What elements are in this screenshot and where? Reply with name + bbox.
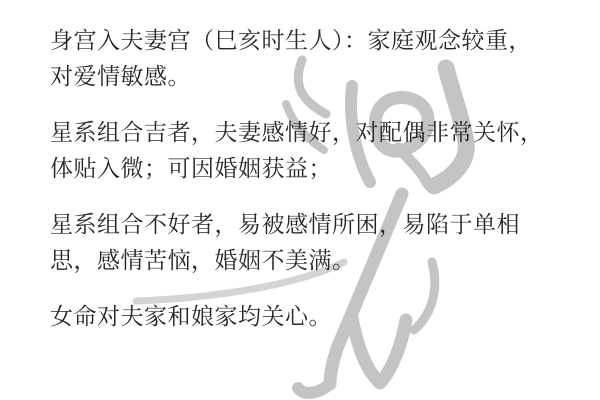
paragraph-1: 身宫入夫妻宫（巳亥时生人）：家庭观念较重， 对爱情敏感。 xyxy=(50,22,570,94)
text-line: 星系组合不好者，易被感情所困，易陷于单相 xyxy=(50,206,570,242)
paragraph-2: 星系组合吉者，夫妻感情好，对配偶非常关怀， 体贴入微；可因婚姻获益； xyxy=(50,114,570,186)
article-text: 身宫入夫妻宫（巳亥时生人）：家庭观念较重， 对爱情敏感。 星系组合吉者，夫妻感情… xyxy=(50,22,570,354)
text-line: 对爱情敏感。 xyxy=(50,58,570,94)
text-line: 思，感情苦恼，婚姻不美满。 xyxy=(50,242,570,278)
document-page: 身宫入夫妻宫（巳亥时生人）：家庭观念较重， 对爱情敏感。 星系组合吉者，夫妻感情… xyxy=(0,0,600,400)
text-line: 星系组合吉者，夫妻感情好，对配偶非常关怀， xyxy=(50,114,570,150)
text-line: 身宫入夫妻宫（巳亥时生人）：家庭观念较重， xyxy=(50,22,570,58)
paragraph-4: 女命对夫家和娘家均关心。 xyxy=(50,298,570,334)
paragraph-3: 星系组合不好者，易被感情所困，易陷于单相 思，感情苦恼，婚姻不美满。 xyxy=(50,206,570,278)
text-line: 女命对夫家和娘家均关心。 xyxy=(50,298,570,334)
text-line: 体贴入微；可因婚姻获益； xyxy=(50,150,570,186)
